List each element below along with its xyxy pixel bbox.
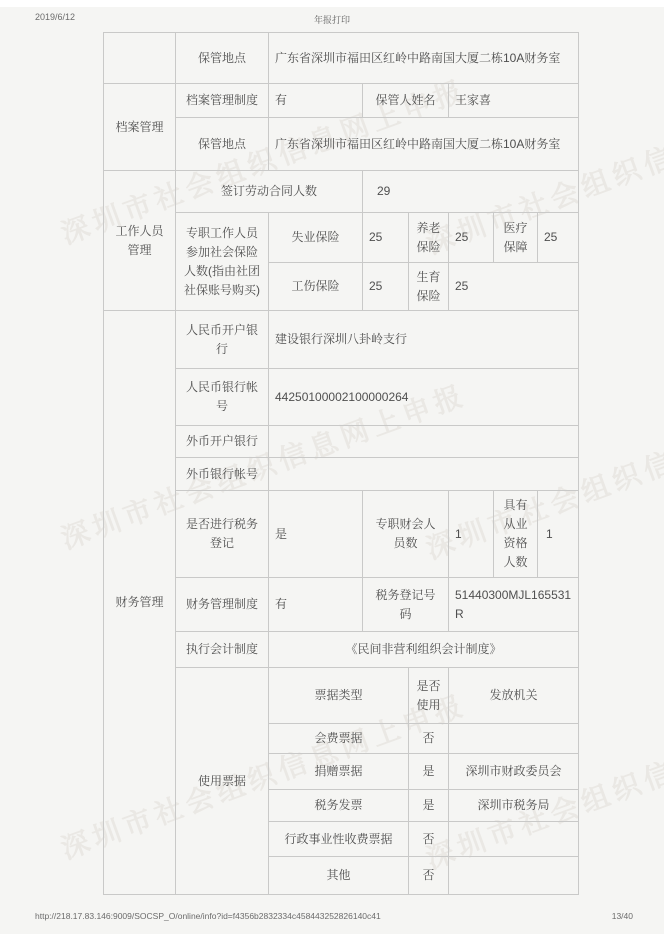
invoice-type: 行政事业性收费票据 (269, 822, 409, 857)
invoice-group-label: 使用票据 (176, 668, 269, 895)
finance-system-value: 有 (269, 578, 363, 632)
storage-location-label: 保管地点 (176, 33, 269, 84)
table-row: 保管地点 广东省深圳市福田区红岭中路南国大厦二栋10A财务室 (104, 33, 579, 84)
tax-number-value: 51440300MJL165531R (449, 578, 579, 632)
page-title: 年报打印 (0, 13, 664, 26)
invoice-type: 捐赠票据 (269, 754, 409, 790)
table-row: 财务管理 人民币开户银行 建设银行深圳八卦岭支行 (104, 311, 579, 369)
pension-insurance-value: 25 (449, 213, 494, 263)
table-row: 档案管理 档案管理制度 有 保管人姓名 王家喜 (104, 84, 579, 118)
staff-group-label: 工作人员管理 (104, 171, 176, 311)
invoice-used: 否 (409, 724, 449, 754)
invoice-agency: 深圳市财政委员会 (449, 754, 579, 790)
tax-registration-value: 是 (269, 491, 363, 578)
accountant-count-value: 1 (449, 491, 494, 578)
archive-system-label: 档案管理制度 (176, 84, 269, 118)
keeper-name-label: 保管人姓名 (363, 84, 449, 118)
unemployment-insurance-value: 25 (363, 213, 409, 263)
invoice-used-header: 是否使用 (409, 668, 449, 724)
archive-group-label: 档案管理 (104, 84, 176, 171)
archive-system-value: 有 (269, 84, 363, 118)
invoice-agency: 深圳市税务局 (449, 790, 579, 822)
storage-location-value: 广东省深圳市福田区红岭中路南国大厦二栋10A财务室 (269, 33, 579, 84)
qualified-count-value: 1 (538, 491, 579, 578)
invoice-used: 否 (409, 822, 449, 857)
invoice-agency-header: 发放机关 (449, 668, 579, 724)
print-url: http://218.17.83.146:9009/SOCSP_O/online… (35, 911, 381, 921)
page-number: 13/40 (612, 911, 633, 921)
table-row: 外币开户银行 (104, 426, 579, 458)
maternity-insurance-label: 生育保险 (409, 263, 449, 311)
rmb-account-label: 人民币银行帐号 (176, 369, 269, 426)
fx-bank-value (269, 426, 579, 458)
invoice-used: 否 (409, 857, 449, 895)
labor-contract-label: 签订劳动合同人数 (176, 171, 363, 213)
medical-insurance-label: 医疗保障 (494, 213, 538, 263)
invoice-agency (449, 857, 579, 895)
finance-group-label: 财务管理 (104, 311, 176, 895)
tax-number-label: 税务登记号码 (363, 578, 449, 632)
unemployment-insurance-label: 失业保险 (269, 213, 363, 263)
injury-insurance-value: 25 (363, 263, 409, 311)
rmb-bank-label: 人民币开户银行 (176, 311, 269, 369)
table-row: 使用票据 票据类型 是否使用 发放机关 (104, 668, 579, 724)
labor-contract-value: 29 (363, 171, 579, 213)
fx-account-value (269, 458, 579, 491)
table-row: 外币银行帐号 (104, 458, 579, 491)
accountant-count-label: 专职财会人员数 (363, 491, 449, 578)
fx-bank-label: 外币开户银行 (176, 426, 269, 458)
table-row: 是否进行税务登记 是 专职财会人员数 1 具有从业资格人数 1 (104, 491, 579, 578)
pension-insurance-label: 养老保险 (409, 213, 449, 263)
maternity-insurance-value: 25 (449, 263, 579, 311)
tax-registration-label: 是否进行税务登记 (176, 491, 269, 578)
keeper-name-value: 王家喜 (449, 84, 579, 118)
invoice-agency (449, 724, 579, 754)
invoice-used: 是 (409, 754, 449, 790)
table-row: 执行会计制度 《民间非营利组织会计制度》 (104, 632, 579, 668)
injury-insurance-label: 工伤保险 (269, 263, 363, 311)
rmb-account-value: 44250100002100000264 (269, 369, 579, 426)
archive-location-label: 保管地点 (176, 118, 269, 171)
table-row: 财务管理制度 有 税务登记号码 51440300MJL165531R (104, 578, 579, 632)
invoice-type: 税务发票 (269, 790, 409, 822)
social-insurance-label: 专职工作人员参加社会保险人数(指由社团社保账号购买) (176, 213, 269, 311)
print-header: 2019/6/12 年报打印 (0, 9, 664, 25)
table-row: 人民币银行帐号 44250100002100000264 (104, 369, 579, 426)
invoice-type-header: 票据类型 (269, 668, 409, 724)
medical-insurance-value: 25 (538, 213, 579, 263)
table-row: 保管地点 广东省深圳市福田区红岭中路南国大厦二栋10A财务室 (104, 118, 579, 171)
rmb-bank-value: 建设银行深圳八卦岭支行 (269, 311, 579, 369)
table-row: 专职工作人员参加社会保险人数(指由社团社保账号购买) 失业保险 25 养老保险 … (104, 213, 579, 263)
invoice-agency (449, 822, 579, 857)
annual-report-table: 保管地点 广东省深圳市福田区红岭中路南国大厦二栋10A财务室 档案管理 档案管理… (103, 32, 579, 895)
invoice-used: 是 (409, 790, 449, 822)
accounting-system-value: 《民间非营利组织会计制度》 (269, 632, 579, 668)
accounting-system-label: 执行会计制度 (176, 632, 269, 668)
archive-location-value: 广东省深圳市福田区红岭中路南国大厦二栋10A财务室 (269, 118, 579, 171)
fx-account-label: 外币银行帐号 (176, 458, 269, 491)
print-footer: http://218.17.83.146:9009/SOCSP_O/online… (0, 908, 664, 924)
qualified-count-label: 具有从业资格人数 (494, 491, 538, 578)
group-cell-empty (104, 33, 176, 84)
finance-system-label: 财务管理制度 (176, 578, 269, 632)
invoice-type: 其他 (269, 857, 409, 895)
invoice-type: 会费票据 (269, 724, 409, 754)
table-row: 工作人员管理 签订劳动合同人数 29 (104, 171, 579, 213)
